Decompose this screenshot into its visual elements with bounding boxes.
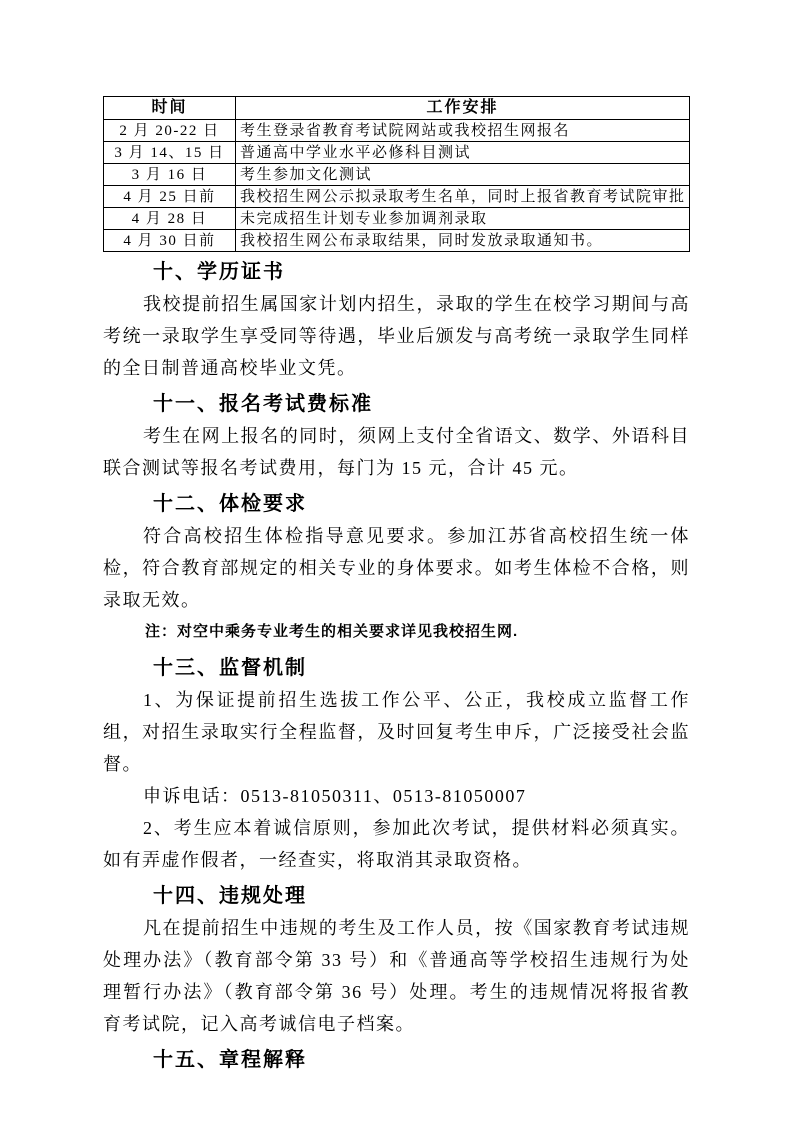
section-heading: 十三、监督机制 — [103, 652, 690, 684]
section-paragraph: 我校提前招生属国家计划内招生，录取的学生在校学习期间与高考统一录取学生享受同等待… — [103, 288, 690, 384]
schedule-table-head: 时间工作安排 — [104, 97, 690, 120]
section-heading: 十二、体检要求 — [103, 488, 690, 520]
table-header-row: 时间工作安排 — [104, 97, 690, 120]
schedule-task-cell: 考生参加文化测试 — [236, 164, 690, 186]
schedule-table-body: 2 月 20-22 日考生登录省教育考试院网站或我校招生网报名3 月 14、15… — [104, 120, 690, 252]
schedule-date-cell: 4 月 28 日 — [104, 208, 236, 230]
table-row: 4 月 28 日未完成招生计划专业参加调剂录取 — [104, 208, 690, 230]
table-row: 2 月 20-22 日考生登录省教育考试院网站或我校招生网报名 — [104, 120, 690, 142]
section-heading: 十四、违规处理 — [103, 880, 690, 912]
section-paragraph: 1、为保证提前招生选拔工作公平、公正，我校成立监督工作组，对招生录取实行全程监督… — [103, 684, 690, 780]
table-row: 3 月 16 日考生参加文化测试 — [104, 164, 690, 186]
section-paragraph: 申诉电话：0513-81050311、0513-81050007 — [103, 780, 690, 812]
col-header-task: 工作安排 — [236, 97, 690, 120]
schedule-task-cell: 考生登录省教育考试院网站或我校招生网报名 — [236, 120, 690, 142]
section-paragraph: 2、考生应本着诚信原则，参加此次考试，提供材料必须真实。如有弄虚作假者，一经查实… — [103, 812, 690, 876]
schedule-date-cell: 3 月 14、15 日 — [104, 142, 236, 164]
schedule-task-cell: 未完成招生计划专业参加调剂录取 — [236, 208, 690, 230]
schedule-task-cell: 我校招生网公布录取结果，同时发放录取通知书。 — [236, 230, 690, 252]
table-row: 4 月 25 日前我校招生网公示拟录取考生名单，同时上报省教育考试院审批 — [104, 186, 690, 208]
section-heading: 十、学历证书 — [103, 256, 690, 288]
document-sections: 十、学历证书我校提前招生属国家计划内招生，录取的学生在校学习期间与高考统一录取学… — [103, 256, 690, 1076]
schedule-date-cell: 2 月 20-22 日 — [104, 120, 236, 142]
section-heading: 十一、报名考试费标准 — [103, 388, 690, 420]
document-page: 时间工作安排 2 月 20-22 日考生登录省教育考试院网站或我校招生网报名3 … — [0, 0, 793, 1122]
section-paragraph: 考生在网上报名的同时，须网上支付全省语文、数学、外语科目联合测试等报名考试费用，… — [103, 420, 690, 484]
section-paragraph: 凡在提前招生中违规的考生及工作人员，按《国家教育考试违规处理办法》（教育部令第 … — [103, 912, 690, 1040]
section-note: 注：对空中乘务专业考生的相关要求详见我校招生网. — [103, 616, 690, 648]
table-row: 4 月 30 日前我校招生网公布录取结果，同时发放录取通知书。 — [104, 230, 690, 252]
section-paragraph: 符合高校招生体检指导意见要求。参加江苏省高校招生统一体检，符合教育部规定的相关专… — [103, 520, 690, 616]
schedule-date-cell: 3 月 16 日 — [104, 164, 236, 186]
schedule-date-cell: 4 月 25 日前 — [104, 186, 236, 208]
table-row: 3 月 14、15 日普通高中学业水平必修科目测试 — [104, 142, 690, 164]
col-header-time: 时间 — [104, 97, 236, 120]
section-heading: 十五、章程解释 — [103, 1044, 690, 1076]
schedule-date-cell: 4 月 30 日前 — [104, 230, 236, 252]
schedule-table: 时间工作安排 2 月 20-22 日考生登录省教育考试院网站或我校招生网报名3 … — [103, 96, 690, 252]
schedule-task-cell: 我校招生网公示拟录取考生名单，同时上报省教育考试院审批 — [236, 186, 690, 208]
schedule-task-cell: 普通高中学业水平必修科目测试 — [236, 142, 690, 164]
